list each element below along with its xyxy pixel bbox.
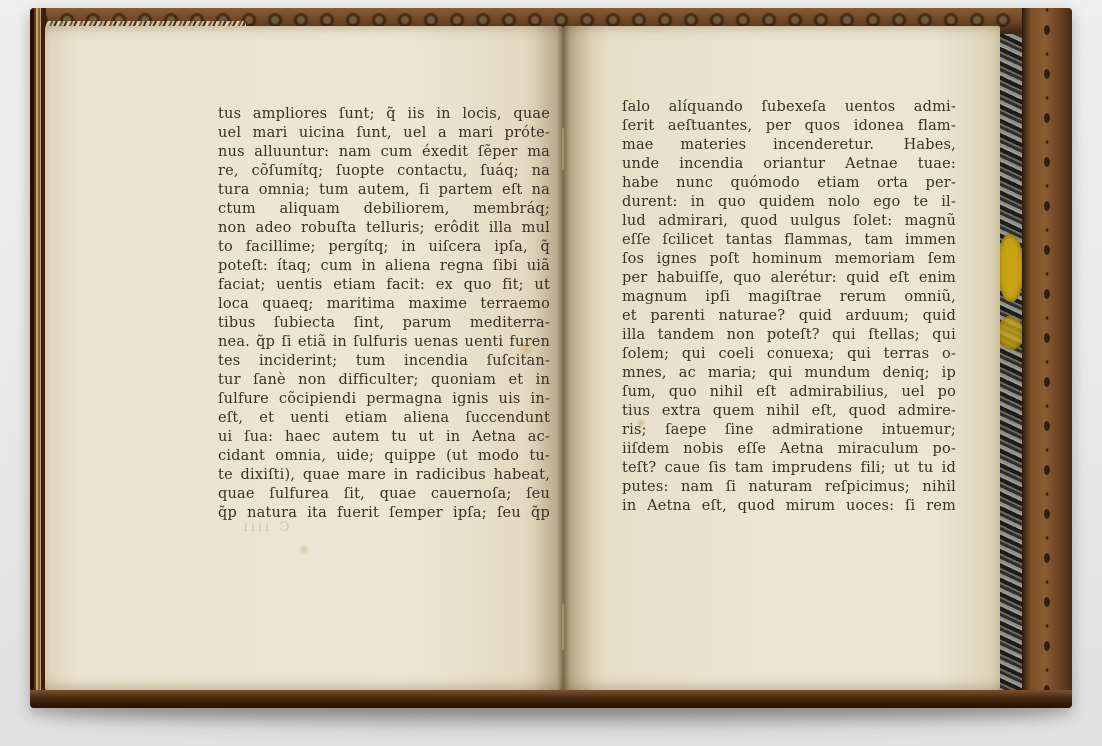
text-line: lud admirari, quod uulgus ſolet: magnũ [622, 212, 956, 231]
sewing-thread-top [562, 128, 564, 170]
text-line: ſos ignes poſt hominum memoriam ſem [622, 250, 956, 269]
text-line: tibus ſubiecta ſint, parum mediterra- [218, 314, 550, 333]
text-line: durent: in quo quidem nolo ego te il- [622, 193, 956, 212]
text-line: uel mari uicina ſunt, uel a mari próte- [218, 124, 550, 143]
text-line: nus alluuntur: nam cum éxedit ſẽper ma [218, 143, 550, 162]
text-line: ſum, quo nihil eſt admirabilius, uel po [622, 383, 956, 402]
text-line: illa tandem non poteſt? qui ſtellas; qui [622, 326, 956, 345]
binding-bottom-edge [30, 690, 1072, 708]
text-line: ris; ſaepe ſine admiratione intuemur; [622, 421, 956, 440]
text-line: tes inciderint; tum incendia ſuſcitan- [218, 352, 550, 371]
text-line: tus ampliores ſunt; q̃ iis in locis, qua… [218, 105, 550, 124]
text-line: et parenti naturae? quid arduum; quid [622, 307, 956, 326]
text-line: ctum aliquam debiliorem, membráq; [218, 200, 550, 219]
text-line: in Aetna eſt, quod mirum uoces: ſi rem [622, 497, 956, 516]
marbled-yellow-patch [1000, 316, 1022, 350]
text-line: loca quaeq; maritima maxime terraemo [218, 295, 550, 314]
text-line: per habuiſſe, quo alerétur: quid eſt eni… [622, 269, 956, 288]
text-line: tura omnia; tum autem, ſi partem eſt na [218, 181, 550, 200]
text-line: ſalo alíquando ſubexeſa uentos admi- [622, 98, 956, 117]
text-line: eſt, et uenti etiam aliena ſuccendunt [218, 409, 550, 428]
text-line: non adeo robuſta telluris; erôdit illa m… [218, 219, 550, 238]
signature-mark-showthrough: C iiii [222, 520, 308, 535]
text-line: re, cõſumítq; ſuopte contactu, ſuáq; na [218, 162, 550, 181]
text-line: nea. q̃p ſi etiã in ſulfuris uenas uenti… [218, 333, 550, 352]
marbled-yellow-patch [1000, 234, 1022, 302]
open-book: tus ampliores ſunt; q̃ iis in locis, qua… [30, 8, 1072, 708]
text-line: tur ſanè non difficulter; quoniam et in [218, 371, 550, 390]
text-line: te dixiſti), quae mare in radicibus habe… [218, 466, 550, 485]
text-line: ſulfure cõcipiendi permagna ignis uis in… [218, 390, 550, 409]
text-line: tius extra quem nihil eſt, quod admire- [622, 402, 956, 421]
right-page-text: ſalo alíquando ſubexeſa uentos admi-ſeri… [622, 98, 956, 516]
text-line: poteſt: ítaq; cum in aliena regna ſibi u… [218, 257, 550, 276]
text-line: mae materies incenderetur. Habes, [622, 136, 956, 155]
photo-background: tus ampliores ſunt; q̃ iis in locis, qua… [0, 0, 1102, 746]
text-line: quae ſulfurea ſit, quae cauernoſa; ſeu [218, 485, 550, 504]
text-line: teſt? caue ſis tam imprudens fili; ut tu… [622, 459, 956, 478]
text-line: habe nunc quómodo etiam orta per- [622, 174, 956, 193]
text-line: ſerit aeſtuantes, per quos idonea flam- [622, 117, 956, 136]
text-line: ſolem; qui coeli conuexa; qui terras o- [622, 345, 956, 364]
text-line: faciat; uentis etiam facit: ex quo fit; … [218, 276, 550, 295]
text-line: ui ſua: haec autem tu ut in Aetna ac- [218, 428, 550, 447]
left-page-text: tus ampliores ſunt; q̃ iis in locis, qua… [218, 105, 550, 523]
sewing-thread-bottom [562, 604, 564, 650]
text-line: unde incendia oriantur Aetnae tuae: [622, 155, 956, 174]
text-line: iiſdem nobis eſſe Aetna miraculum po- [622, 440, 956, 459]
text-line: eſſe ſcilicet tantas flammas, tam immen [622, 231, 956, 250]
text-line: mnes, ac maria; qui mundum deniq; ip [622, 364, 956, 383]
marbled-endpaper-strip [1000, 34, 1022, 690]
text-line: cidant omnia, uide; quippe (ut modo tu- [218, 447, 550, 466]
binding-left-edge [30, 8, 46, 708]
binding-right-cover [1022, 8, 1072, 708]
text-line: magnum ipſi magiſtrae rerum omniũ, [622, 288, 956, 307]
text-line: to facillime; pergítq; in uiſcera ipſa, … [218, 238, 550, 257]
text-line: putes: nam ſi naturam reſpicimus; nihil [622, 478, 956, 497]
